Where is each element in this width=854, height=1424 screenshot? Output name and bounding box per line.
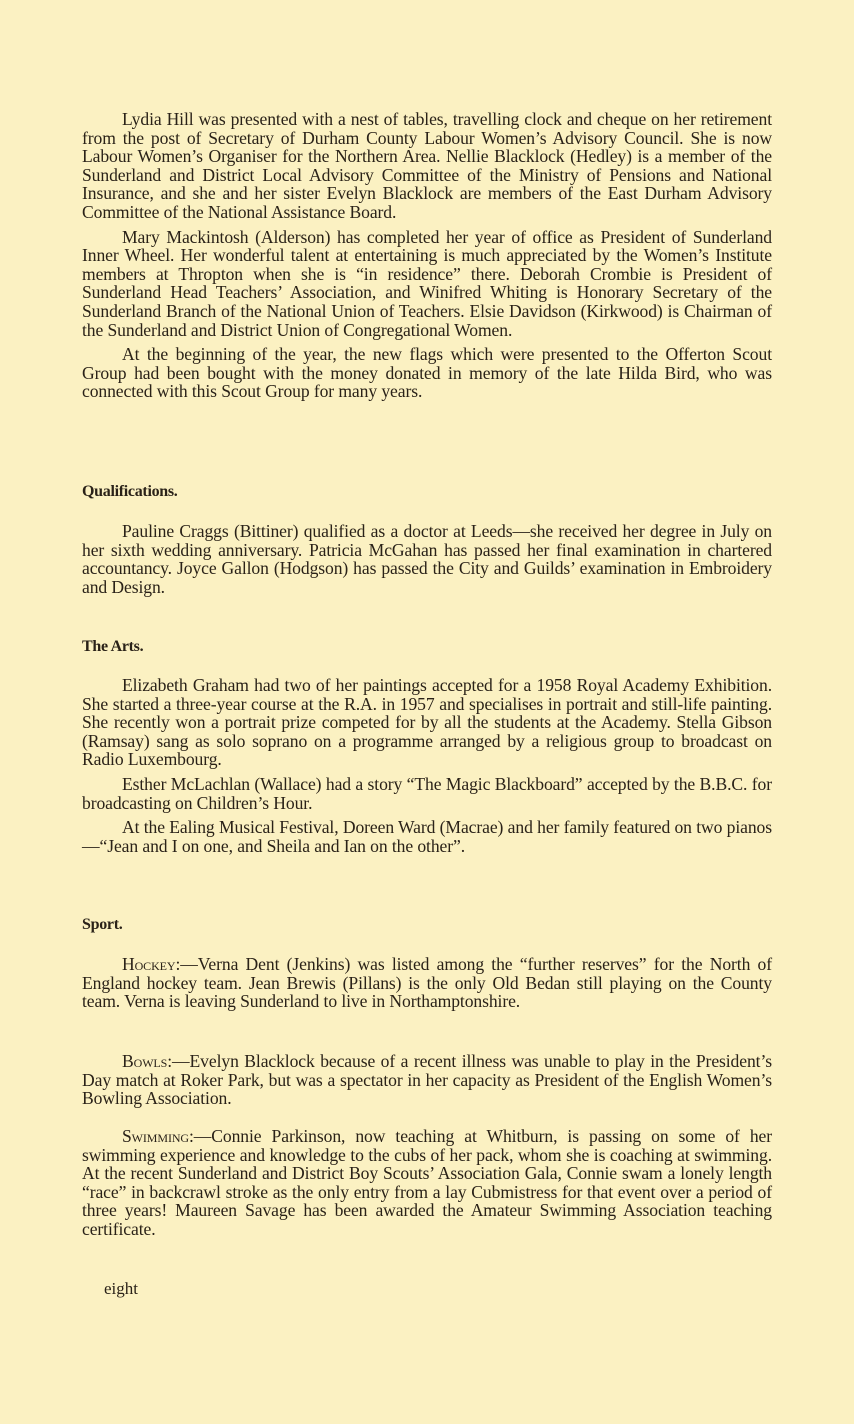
- label-bowls: Bowls: [122, 1051, 167, 1071]
- paragraph-offerton-scout-group: At the beginning of the year, the new fl…: [82, 345, 772, 401]
- page-number: eight: [104, 1279, 138, 1299]
- paragraph-bowls: Bowls:—Evelyn Blacklock because of a rec…: [82, 1052, 772, 1108]
- label-swimming: Swimming: [122, 1126, 189, 1146]
- paragraph-lydia-hill: Lydia Hill was presented with a nest of …: [82, 110, 772, 222]
- heading-qualifications: Qualifications.: [82, 483, 178, 501]
- heading-sport: Sport.: [82, 916, 122, 934]
- heading-the-arts: The Arts.: [82, 638, 143, 656]
- paragraph-swimming: Swimming:—Connie Parkinson, now teaching…: [82, 1127, 772, 1239]
- paragraph-elizabeth-graham: Elizabeth Graham had two of her painting…: [82, 676, 772, 769]
- document-page: Lydia Hill was presented with a nest of …: [82, 110, 772, 407]
- arts-section: Elizabeth Graham had two of her painting…: [82, 676, 772, 861]
- paragraph-mary-mackintosh: Mary Mackintosh (Alderson) has completed…: [82, 228, 772, 340]
- paragraph-esther-mclachlan: Esther McLachlan (Wallace) had a story “…: [82, 775, 772, 812]
- separator: :—: [175, 954, 197, 974]
- label-hockey: Hockey: [122, 954, 175, 974]
- separator: :—: [167, 1051, 189, 1071]
- intro-section: Lydia Hill was presented with a nest of …: [82, 110, 772, 401]
- paragraph-hockey: Hockey:—Verna Dent (Jenkins) was listed …: [82, 955, 772, 1011]
- paragraph-ealing-festival: At the Ealing Musical Festival, Doreen W…: [82, 818, 772, 855]
- qualifications-section: Pauline Craggs (Bittiner) qualified as a…: [82, 522, 772, 602]
- separator: :—: [189, 1126, 211, 1146]
- paragraph-pauline-craggs: Pauline Craggs (Bittiner) qualified as a…: [82, 522, 772, 596]
